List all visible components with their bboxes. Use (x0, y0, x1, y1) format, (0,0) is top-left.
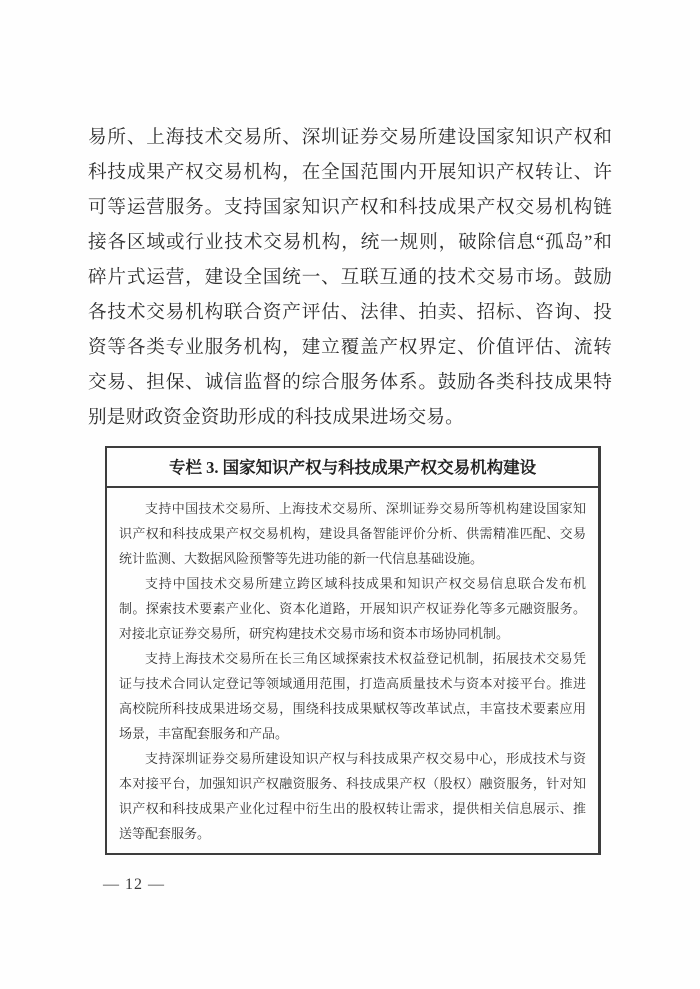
column-box-3: 专栏 3. 国家知识产权与科技成果产权交易机构建设 支持中国技术交易所、上海技术… (105, 446, 601, 855)
column-box-paragraph: 支持上海技术交易所在长三角区域探索技术权益登记机制，拓展技术交易凭证与技术合同认… (119, 646, 586, 746)
page-number: — 12 — (103, 876, 165, 894)
column-box-paragraph: 支持中国技术交易所、上海技术交易所、深圳证券交易所等机构建设国家知识产权和科技成… (119, 496, 586, 571)
document-page: 易所、上海技术交易所、深圳证券交易所建设国家知识产权和科技成果产权交易机构，在全… (0, 0, 700, 989)
body-paragraph: 易所、上海技术交易所、深圳证券交易所建设国家知识产权和科技成果产权交易机构，在全… (88, 120, 612, 435)
column-box-paragraph: 支持中国技术交易所建立跨区域科技成果和知识产权交易信息联合发布机制。探索技术要素… (119, 571, 586, 646)
column-box-paragraph: 支持深圳证券交易所建设知识产权与科技成果产权交易中心，形成技术与资本对接平台，加… (119, 746, 586, 846)
column-box-content: 支持中国技术交易所、上海技术交易所、深圳证券交易所等机构建设国家知识产权和科技成… (107, 488, 598, 853)
column-box-title: 专栏 3. 国家知识产权与科技成果产权交易机构建设 (107, 448, 598, 488)
main-text-block: 易所、上海技术交易所、深圳证券交易所建设国家知识产权和科技成果产权交易机构，在全… (88, 120, 612, 435)
